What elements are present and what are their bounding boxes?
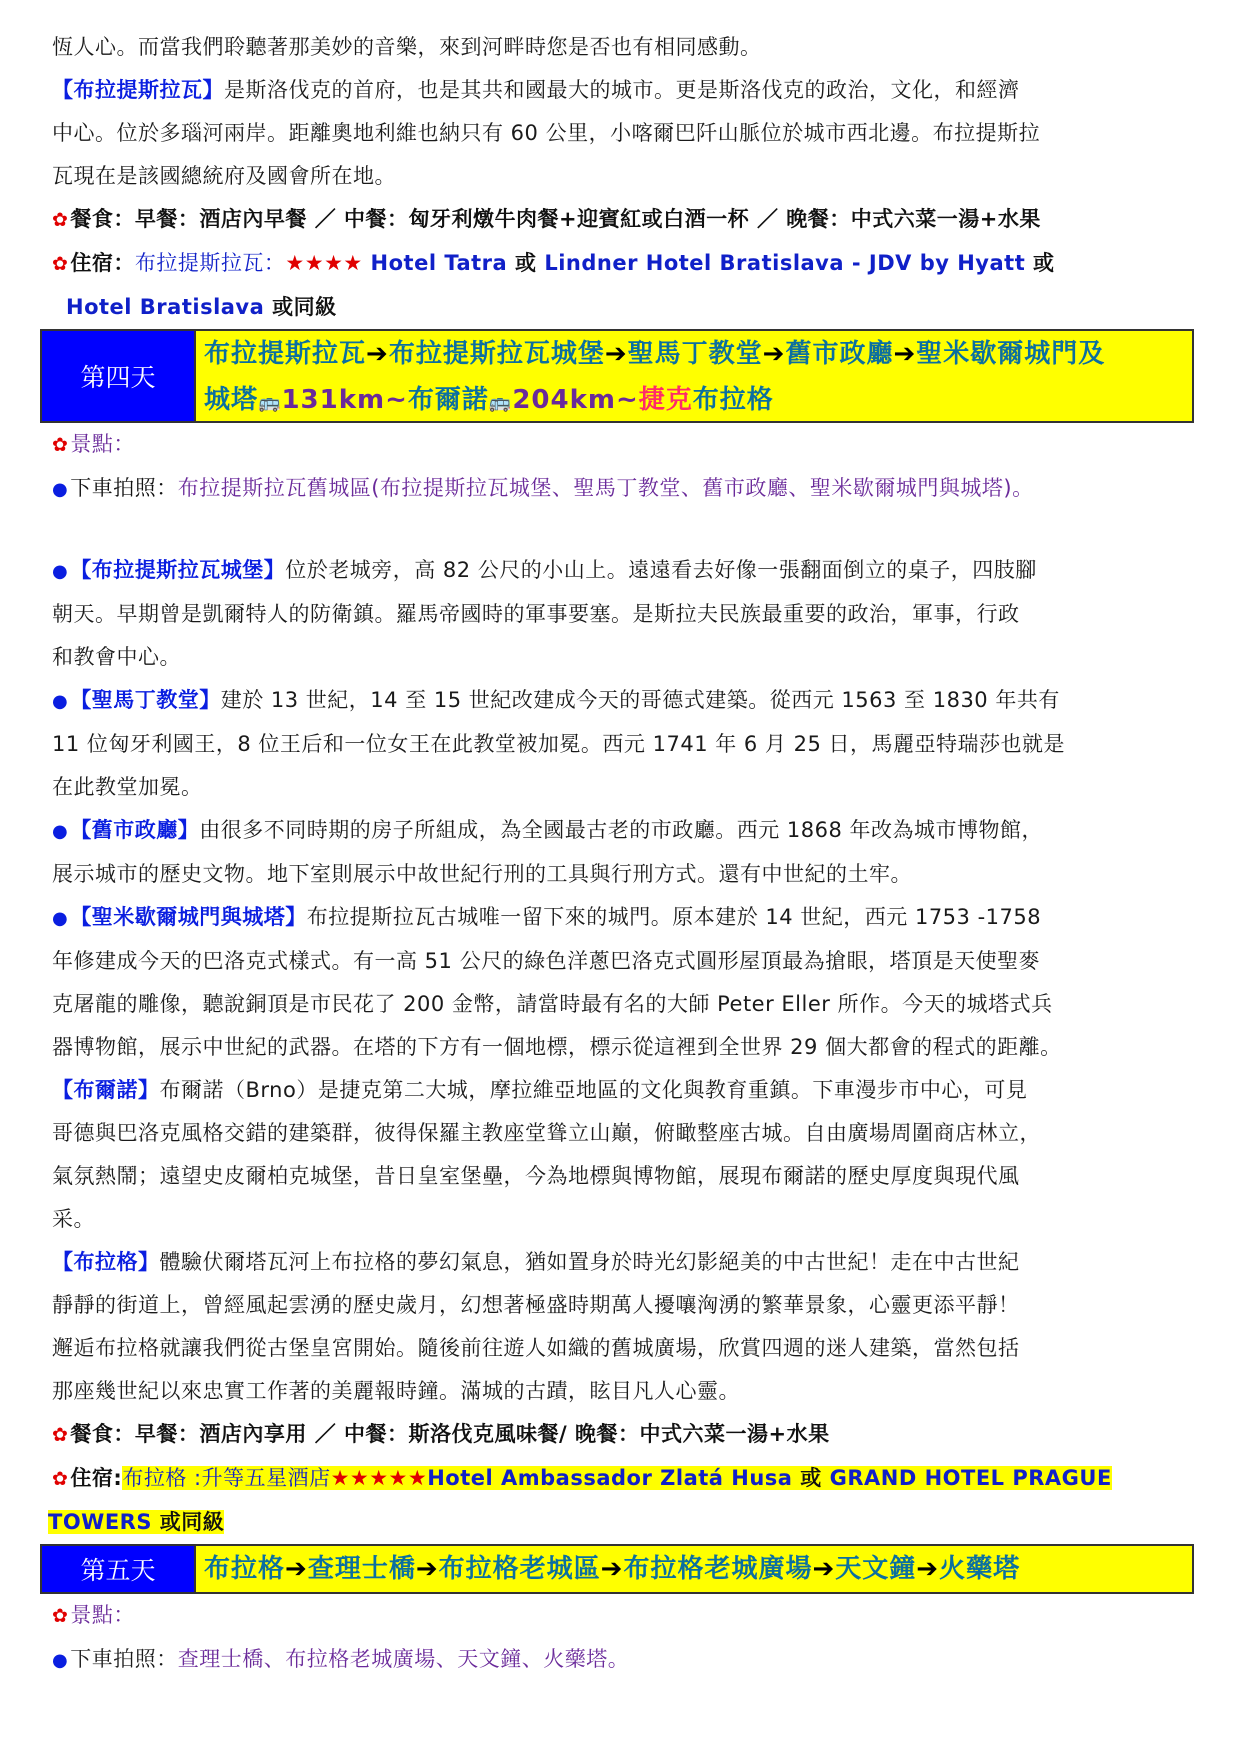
sights-text: 景點： [70,1603,135,1627]
lodging-line-day3: ✿住宿：布拉提斯拉瓦：★★★★ Hotel Tatra 或 Lindner Ho… [52,242,1192,286]
day4-label: 第四天 [42,331,196,421]
brno-paragraph: 【布爾諾】布爾諾（Brno）是捷克第二大城，摩拉維亞地區的文化與教育重鎮。下車漫… [52,1069,1192,1112]
or-text: 或 [800,1466,829,1490]
arrow-right-icon: ➔ [601,1554,624,1584]
day4-route: 布拉提斯拉瓦➔布拉提斯拉瓦城堡➔聖馬丁教堂➔舊市政廳➔聖米歇爾城門及 城塔🚌13… [196,331,1192,421]
route-stop: 天文鐘 [835,1554,916,1584]
day5-header: 第五天 布拉格➔查理士橋➔布拉格老城區➔布拉格老城廣場➔天文鐘➔火藥塔 [40,1544,1194,1594]
route-stop: 布爾諾 [408,385,489,415]
michael-text-4: 器博物館，展示中世紀的武器。在塔的下方有一個地標，標示從這裡到全世界 29 個大… [52,1026,1192,1069]
photo-label: 下車拍照： [70,1647,178,1671]
route-stop: 城塔 [204,385,258,415]
martin-text: 建於 13 世紀，14 至 15 世紀改建成今天的哥德式建築。從西元 1563 … [221,688,1060,712]
hotel-bratislava: Hotel Bratislava [66,295,272,319]
townhall-paragraph: ●【舊市政廳】由很多不同時期的房子所組成，為全國最古老的市政廳。西元 1868 … [52,809,1192,853]
route-stop: 布拉格 [204,1554,285,1584]
townhall-title: 【舊市政廳】 [70,818,199,842]
sights-text: 景點： [70,432,135,456]
castle-text-3: 和教會中心。 [52,636,1192,679]
route-stop: 聖米歇爾城門及 [916,339,1105,369]
lodging-line-day4-cont: TOWERS 或同級 [48,1501,1192,1544]
bratislava-text-3: 瓦現在是該國總統府及國會所在地。 [52,155,1192,198]
route-stop: 布拉格 [693,385,774,415]
meals-line-day4: ✿餐食：早餐：酒店內享用 ／ 中餐：斯洛伐克風味餐/ 晚餐：中式六菜一湯+水果 [52,1413,1192,1457]
michael-text: 布拉提斯拉瓦古城唯一留下來的城門。原本建於 14 世紀，西元 1753 -175… [307,905,1041,929]
bus-icon: 🚌 [489,392,512,413]
spacer [52,511,1192,549]
hotel-ambassador: Hotel Ambassador Zlatá Husa [427,1466,800,1490]
photo-stop-line: ●下車拍照：布拉提斯拉瓦舊城區(布拉提斯拉瓦城堡、聖馬丁教堂、舊市政廳、聖米歇爾… [52,467,1192,511]
lodging-city: 布拉提斯拉瓦： [135,251,286,275]
hotel-lindner: Lindner Hotel Bratislava - JDV by Hyatt [544,251,1033,275]
arrow-right-icon: ➔ [893,339,916,369]
prague-text-3: 邂逅布拉格就讓我們從古堡皇宮開始。隨後前往遊人如織的舊城廣場，欣賞四週的迷人建築… [52,1327,1192,1370]
arrow-right-icon: ➔ [605,339,628,369]
lodging-line-day4: ✿住宿:布拉格 :升等五星酒店★★★★★Hotel Ambassador Zla… [52,1457,1192,1501]
brno-text-3: 氣氛熱鬧；遠望史皮爾柏克城堡，昔日皇室堡壘，今為地標與博物館，展現布爾諾的歷史厚… [52,1155,1192,1198]
day5-route: 布拉格➔查理士橋➔布拉格老城區➔布拉格老城廣場➔天文鐘➔火藥塔 [196,1546,1192,1592]
bullet-icon: ● [52,479,68,500]
sights-label-day5: ✿景點： [52,1594,1192,1638]
flower-icon: ✿ [52,1468,68,1490]
flower-icon: ✿ [52,1605,68,1627]
prague-text-2: 靜靜的街道上，曾經風起雲湧的歷史歲月，幻想著極盛時期萬人擾嚷洶湧的繁華景象，心靈… [52,1284,1192,1327]
route-stop: 布拉格老城區 [439,1554,601,1584]
flower-icon: ✿ [52,1424,68,1446]
route-stop: 聖馬丁教堂 [628,339,763,369]
photo-label: 下車拍照： [70,476,178,500]
bullet-icon: ● [52,691,68,712]
arrow-right-icon: ➔ [763,339,786,369]
meals-text: 餐食：早餐：酒店內早餐 ／ 中餐：匈牙利燉牛肉餐+迎賓紅或白酒一杯 ／ 晚餐：中… [70,207,1040,231]
castle-paragraph: ●【布拉提斯拉瓦城堡】位於老城旁，高 82 公尺的小山上。遠遠看去好像一張翻面倒… [52,549,1192,593]
arrow-right-icon: ➔ [812,1554,835,1584]
bratislava-text: 是斯洛伐克的首府，也是其共和國最大的城市。更是斯洛伐克的政治，文化，和經濟 [224,78,1020,102]
photo-text: 查理士橋、布拉格老城廣場、天文鐘、火藥塔。 [178,1647,630,1671]
lodging-city: 布拉格 :升等五星酒店 [122,1466,330,1490]
distance: 131km~ [281,385,407,415]
martin-text-3: 在此教堂加冕。 [52,766,1192,809]
martin-title: 【聖馬丁教堂】 [70,688,221,712]
flower-icon: ✿ [52,253,68,275]
or-equivalent: 或同級 [160,1510,225,1534]
lodging-label: 住宿: [70,1466,122,1490]
bullet-icon: ● [52,821,68,842]
country-czech: 捷克 [639,385,693,415]
bus-icon: 🚌 [258,392,281,413]
or-text: 或 [1033,251,1055,275]
townhall-text-2: 展示城市的歷史文物。地下室則展示中故世紀行刑的工具與行刑方式。還有中世紀的土牢。 [52,853,1192,896]
bullet-icon: ● [52,1650,68,1671]
intro-line: 恆人心。而當我們聆聽著那美妙的音樂，來到河畔時您是否也有相同感動。 [52,26,1192,69]
michael-text-3: 克屠龍的雕像，聽說銅頂是市民花了 200 金幣，請當時最有名的大師 Peter … [52,983,1192,1026]
arrow-right-icon: ➔ [285,1554,308,1584]
castle-text: 位於老城旁，高 82 公尺的小山上。遠遠看去好像一張翻面倒立的桌子，四肢腳 [285,558,1037,582]
route-stop: 布拉提斯拉瓦 [204,339,366,369]
michael-text-2: 年修建成今天的巴洛克式樣式。有一高 51 公尺的綠色洋蔥巴洛克式圓形屋頂最為搶眼… [52,940,1192,983]
flower-icon: ✿ [52,434,68,456]
arrow-right-icon: ➔ [916,1554,939,1584]
castle-text-2: 朝天。早期曾是凱爾特人的防衛鎮。羅馬帝國時的軍事要塞。是斯拉夫民族最重要的政治，… [52,593,1192,636]
itinerary-page: 恆人心。而當我們聆聽著那美妙的音樂，來到河畔時您是否也有相同感動。 【布拉提斯拉… [52,26,1192,1682]
route-stop: 布拉格老城廣場 [623,1554,812,1584]
arrow-right-icon: ➔ [366,339,389,369]
martin-text-2: 11 位匈牙利國王，8 位王后和一位女王在此教堂被加冕。西元 1741 年 6 … [52,723,1192,766]
route-stop: 火藥塔 [939,1554,1020,1584]
day4-header: 第四天 布拉提斯拉瓦➔布拉提斯拉瓦城堡➔聖馬丁教堂➔舊市政廳➔聖米歇爾城門及 城… [40,329,1194,423]
martin-paragraph: ●【聖馬丁教堂】建於 13 世紀，14 至 15 世紀改建成今天的哥德式建築。從… [52,679,1192,723]
brno-text-2: 哥德與巴洛克風格交錯的建築群，彼得保羅主教座堂聳立山巔，俯瞰整座古城。自由廣場周… [52,1112,1192,1155]
castle-title: 【布拉提斯拉瓦城堡】 [70,558,285,582]
lodging-label: 住宿： [70,251,135,275]
photo-stop-line-day5: ●下車拍照：查理士橋、布拉格老城廣場、天文鐘、火藥塔。 [52,1638,1192,1682]
route-stop: 舊市政廳 [785,339,893,369]
hotel-grand-prague-towers: TOWERS [48,1510,160,1534]
arrow-right-icon: ➔ [416,1554,439,1584]
bratislava-text-2: 中心。位於多瑙河兩岸。距離奧地利維也納只有 60 公里，小喀爾巴阡山脈位於城市西… [52,112,1192,155]
or-equivalent: 或同級 [272,295,337,319]
brno-title: 【布爾諾】 [52,1078,160,1102]
bullet-icon: ● [52,908,68,929]
lodging-line-day3-cont: Hotel Bratislava 或同級 [52,286,1192,329]
prague-text: 體驗伏爾塔瓦河上布拉格的夢幻氣息，猶如置身於時光幻影絕美的中古世紀！走在中古世紀 [160,1250,1020,1274]
distance: 204km~ [512,385,638,415]
meals-line-day3: ✿餐食：早餐：酒店內早餐 ／ 中餐：匈牙利燉牛肉餐+迎賓紅或白酒一杯 ／ 晚餐：… [52,198,1192,242]
michael-paragraph: ●【聖米歇爾城門與城塔】布拉提斯拉瓦古城唯一留下來的城門。原本建於 14 世紀，… [52,896,1192,940]
route-stop: 查理士橋 [308,1554,416,1584]
photo-text: 布拉提斯拉瓦舊城區(布拉提斯拉瓦城堡、聖馬丁教堂、舊市政廳、聖米歇爾城門與城塔)… [178,476,1034,500]
flower-icon: ✿ [52,209,68,231]
route-stop: 布拉提斯拉瓦城堡 [389,339,605,369]
prague-text-4: 那座幾世紀以來忠實工作著的美麗報時鐘。滿城的古蹟，眩目凡人心靈。 [52,1370,1192,1413]
star-rating-icon: ★★★★★ [331,1466,428,1490]
prague-paragraph: 【布拉格】體驗伏爾塔瓦河上布拉格的夢幻氣息，猶如置身於時光幻影絕美的中古世紀！走… [52,1241,1192,1284]
bratislava-paragraph: 【布拉提斯拉瓦】是斯洛伐克的首府，也是其共和國最大的城市。更是斯洛伐克的政治，文… [52,69,1192,112]
hotel-grand-prague: GRAND HOTEL PRAGUE [830,1466,1112,1490]
star-rating-icon: ★★★★ [285,251,362,275]
brno-text: 布爾諾（Brno）是捷克第二大城，摩拉維亞地區的文化與教育重鎮。下車漫步市中心，… [160,1078,1028,1102]
sights-label: ✿景點： [52,423,1192,467]
hotel-tatra: Hotel Tatra [363,251,515,275]
townhall-text: 由很多不同時期的房子所組成，為全國最古老的市政廳。西元 1868 年改為城市博物… [199,818,1043,842]
or-text: 或 [515,251,544,275]
bratislava-title: 【布拉提斯拉瓦】 [52,78,224,102]
brno-text-4: 采。 [52,1198,1192,1241]
bullet-icon: ● [52,561,68,582]
meals-text: 餐食：早餐：酒店內享用 ／ 中餐：斯洛伐克風味餐/ 晚餐：中式六菜一湯+水果 [70,1422,829,1446]
day5-label: 第五天 [42,1546,196,1592]
prague-title: 【布拉格】 [52,1250,160,1274]
michael-title: 【聖米歇爾城門與城塔】 [70,905,307,929]
